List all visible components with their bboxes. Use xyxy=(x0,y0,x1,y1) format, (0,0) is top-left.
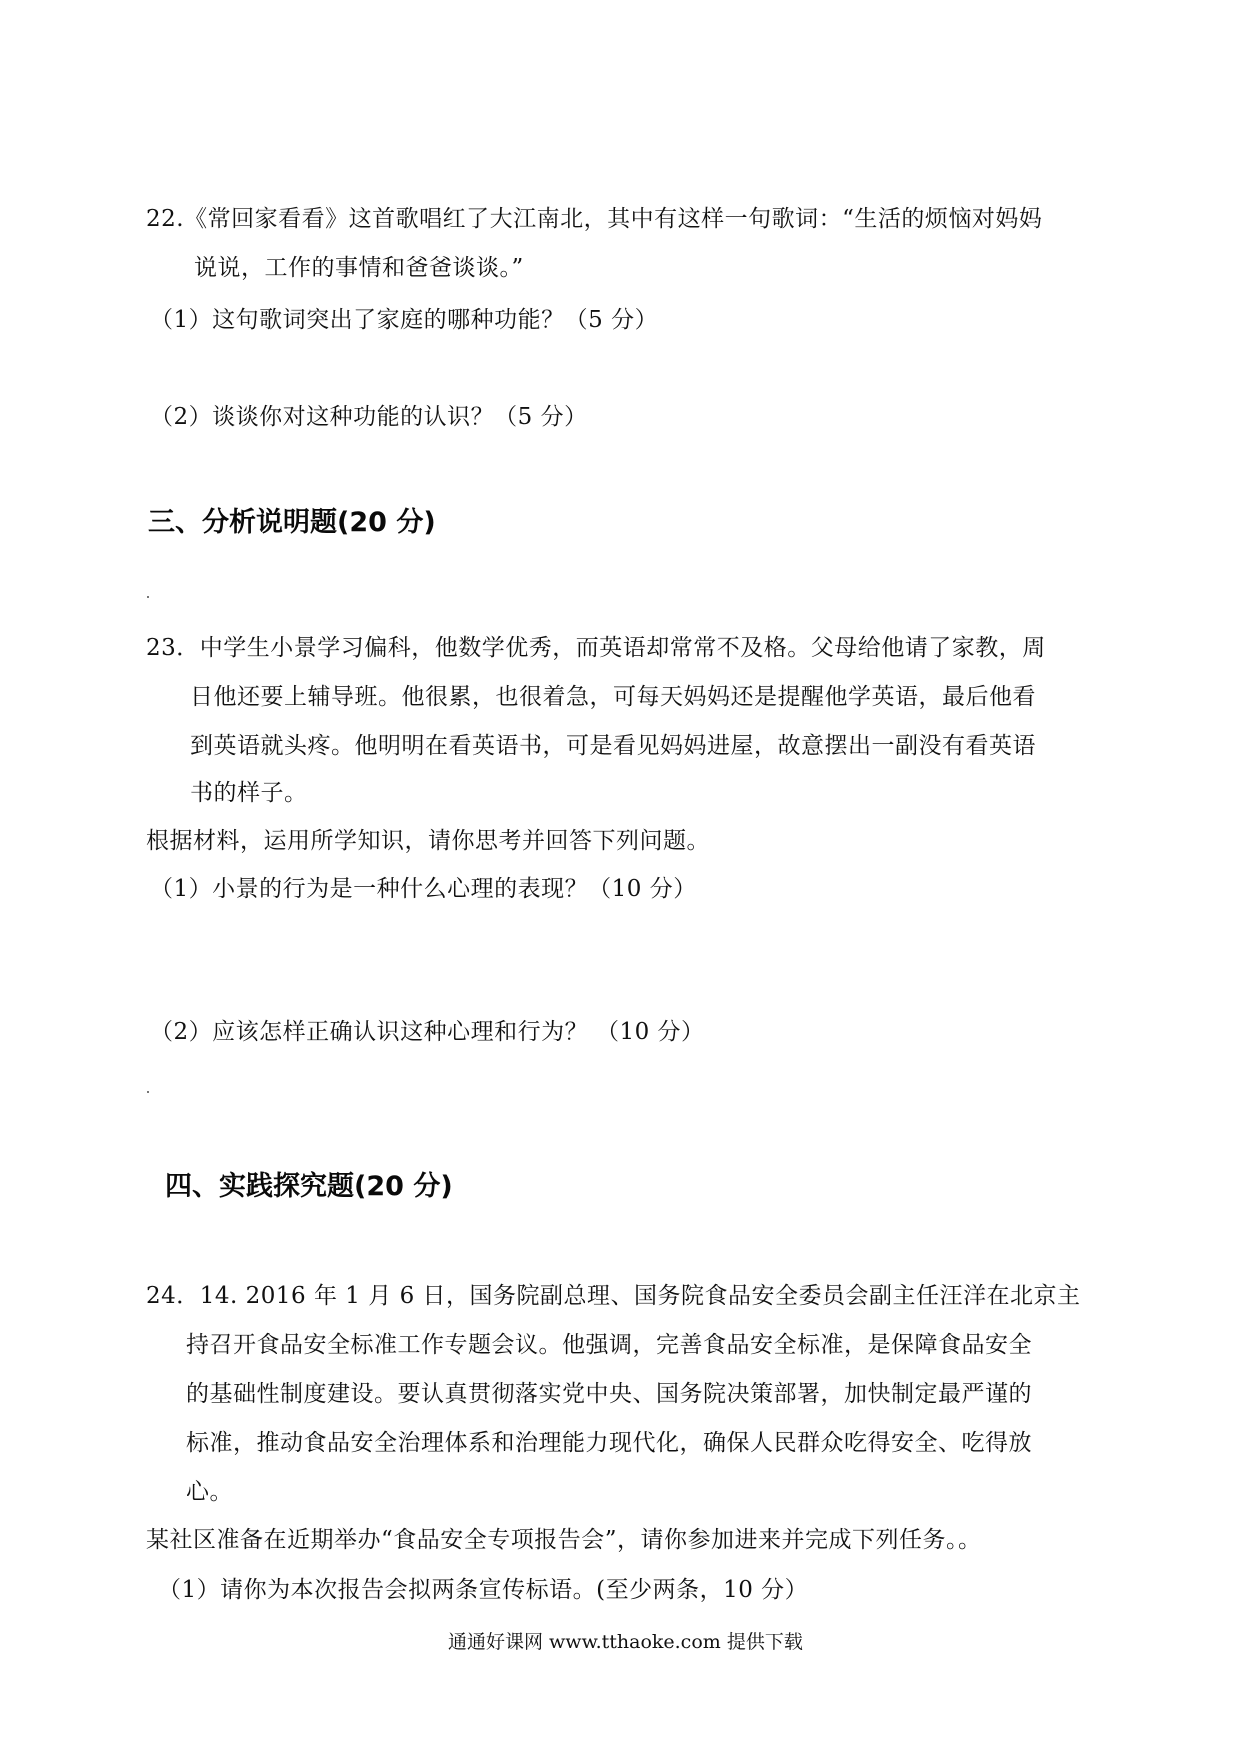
q22-subquestion-1: （1）这句歌词突出了家庭的哪种功能？（5 分） xyxy=(150,305,658,335)
q22-stem-line1: 22.《常回家看看》这首歌唱红了大江南北，其中有这样一句歌词：“生活的烦恼对妈妈 xyxy=(146,204,1042,234)
section-4-heading: 四、实践探究题(20 分) xyxy=(165,1170,453,1204)
q24-stem-line2: 持召开食品安全标准工作专题会议。他强调，完善食品安全标准，是保障食品安全 xyxy=(186,1330,1032,1360)
q22-stem-line2: 说说，工作的事情和爸爸谈谈。” xyxy=(194,253,524,283)
q23-stem-line1: 23．中学生小景学习偏科，他数学优秀，而英语却常常不及格。父母给他请了家教，周 xyxy=(146,633,1046,663)
stray-mark xyxy=(147,1091,149,1093)
q23-stem-line3: 到英语就头疼。他明明在看英语书，可是看见妈妈进屋，故意摆出一副没有看英语 xyxy=(190,731,1036,761)
q24-stem-line5: 心。 xyxy=(186,1477,233,1507)
q22-subquestion-2: （2）谈谈你对这种功能的认识？（5 分） xyxy=(150,402,588,432)
q24-stem-line1: 24．14. 2016 年 1 月 6 日，国务院副总理、国务院食品安全委员会副… xyxy=(146,1281,1081,1311)
q23-subquestion-1: （1）小景的行为是一种什么心理的表现？（10 分） xyxy=(150,874,697,904)
q23-prompt: 根据材料，运用所学知识，请你思考并回答下列问题。 xyxy=(146,826,710,856)
q24-prompt: 某社区准备在近期举办“食品安全专项报告会”，请你参加进来并完成下列任务。。 xyxy=(146,1525,982,1555)
section-3-heading: 三、分析说明题(20 分) xyxy=(148,506,436,540)
q23-stem-line4: 书的样子。 xyxy=(190,778,308,808)
stray-mark xyxy=(147,596,149,598)
q24-subquestion-1: （1）请你为本次报告会拟两条宣传标语。(至少两条，10 分） xyxy=(158,1575,808,1605)
q24-stem-line3: 的基础性制度建设。要认真贯彻落实党中央、国务院决策部署，加快制定最严谨的 xyxy=(186,1379,1032,1409)
footer-watermark: 通通好课网 www.tthaoke.com 提供下载 xyxy=(448,1630,803,1654)
q24-stem-line4: 标准，推动食品安全治理体系和治理能力现代化，确保人民群众吃得安全、吃得放 xyxy=(186,1428,1032,1458)
q23-stem-line2: 日他还要上辅导班。他很累，也很着急，可每天妈妈还是提醒他学英语，最后他看 xyxy=(190,682,1036,712)
q23-subquestion-2: （2）应该怎样正确认识这种心理和行为？ （10 分） xyxy=(150,1017,705,1047)
